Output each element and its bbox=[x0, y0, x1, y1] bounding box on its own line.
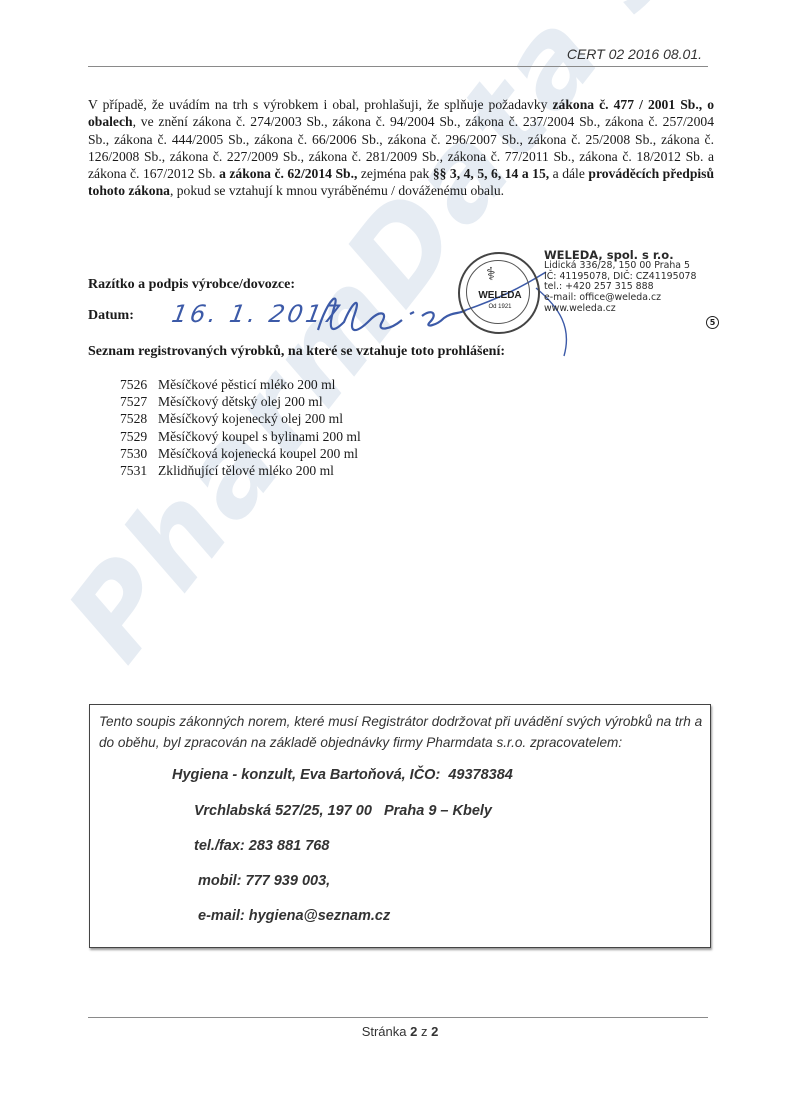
stamp-logo-brand: WELEDA bbox=[472, 290, 528, 301]
product-list: 7526Měsíčkové pěsticí mléko 200 ml 7527M… bbox=[120, 376, 361, 479]
page-prefix: Stránka bbox=[362, 1024, 410, 1039]
list-item: 7529Měsíčkový koupel s bylinami 200 ml bbox=[120, 428, 361, 445]
product-name: Měsíčkové pěsticí mléko 200 ml bbox=[158, 376, 335, 393]
text-segment: V případě, že uvádím na trh s výrobkem i… bbox=[88, 97, 553, 112]
product-code: 7529 bbox=[120, 428, 158, 445]
processor-mobile: mobil: 777 939 003, bbox=[198, 873, 330, 889]
declaration-paragraph: V případě, že uvádím na trh s výrobkem i… bbox=[88, 96, 714, 200]
processor-telfax: tel./fax: 283 881 768 bbox=[194, 838, 329, 854]
weleda-emblem-icon: ⚕ bbox=[486, 264, 496, 285]
stamp-signature-label: Razítko a podpis výrobce/dovozce: bbox=[88, 277, 295, 293]
product-code: 7527 bbox=[120, 393, 158, 410]
document-page: CERT 02 2016 08.01. V případě, že uvádím… bbox=[0, 0, 800, 1100]
list-item: 7527Měsíčkový dětský olej 200 ml bbox=[120, 393, 361, 410]
processor-email: e-mail: hygiena@seznam.cz bbox=[198, 908, 390, 924]
product-name: Zklidňující tělové mléko 200 ml bbox=[158, 462, 334, 479]
page-separator: z bbox=[417, 1024, 431, 1039]
list-item: 7530Měsíčková kojenecká koupel 200 ml bbox=[120, 445, 361, 462]
processor-info-box: Tento soupis zákonných norem, které musí… bbox=[89, 704, 711, 948]
product-code: 7526 bbox=[120, 376, 158, 393]
list-item: 7528Měsíčkový kojenecký olej 200 ml bbox=[120, 410, 361, 427]
stamp-web: www.weleda.cz bbox=[544, 304, 696, 315]
stamp-logo-circle: ⚕ WELEDA Od 1921 bbox=[458, 252, 540, 334]
processor-name: Hygiena - konzult, Eva Bartoňová, IČO: 4… bbox=[172, 767, 513, 783]
emphasized-text: §§ 3, 4, 5, 6, 14 a 15, bbox=[433, 166, 549, 181]
product-code: 7531 bbox=[120, 462, 158, 479]
stamp-address-block: WELEDA, spol. s r.o. Lidická 336/28, 150… bbox=[544, 250, 696, 315]
product-name: Měsíčkový koupel s bylinami 200 ml bbox=[158, 428, 361, 445]
products-heading: Seznam registrovaných výrobků, na které … bbox=[88, 344, 505, 360]
list-item: 7526Měsíčkové pěsticí mléko 200 ml bbox=[120, 376, 361, 393]
product-name: Měsíčkový kojenecký olej 200 ml bbox=[158, 410, 343, 427]
stamp-address: Lidická 336/28, 150 00 Praha 5 bbox=[544, 261, 696, 272]
header-divider bbox=[88, 66, 708, 67]
product-code: 7530 bbox=[120, 445, 158, 462]
text-segment: , pokud se vztahují k mnou vyráběnému / … bbox=[170, 183, 504, 198]
stamp-number-mark: 5 bbox=[706, 316, 719, 329]
page-total: 2 bbox=[431, 1024, 438, 1039]
emphasized-text: a zákona č. 62/2014 Sb., bbox=[219, 166, 357, 181]
info-intro: Tento soupis zákonných norem, které musí… bbox=[99, 711, 709, 753]
processor-address: Vrchlabská 527/25, 197 00 Praha 9 – Kbel… bbox=[194, 803, 492, 819]
footer-divider bbox=[88, 1017, 708, 1018]
document-reference: CERT 02 2016 08.01. bbox=[567, 46, 702, 62]
page-number: Stránka 2 z 2 bbox=[0, 1024, 800, 1039]
text-segment: a dále bbox=[549, 166, 588, 181]
product-name: Měsíčkový dětský olej 200 ml bbox=[158, 393, 323, 410]
text-segment: zejména pak bbox=[357, 166, 432, 181]
product-name: Měsíčková kojenecká koupel 200 ml bbox=[158, 445, 358, 462]
list-item: 7531Zklidňující tělové mléko 200 ml bbox=[120, 462, 361, 479]
stamp-logo-since: Od 1921 bbox=[472, 304, 528, 310]
product-code: 7528 bbox=[120, 410, 158, 427]
date-label: Datum: bbox=[88, 308, 134, 324]
